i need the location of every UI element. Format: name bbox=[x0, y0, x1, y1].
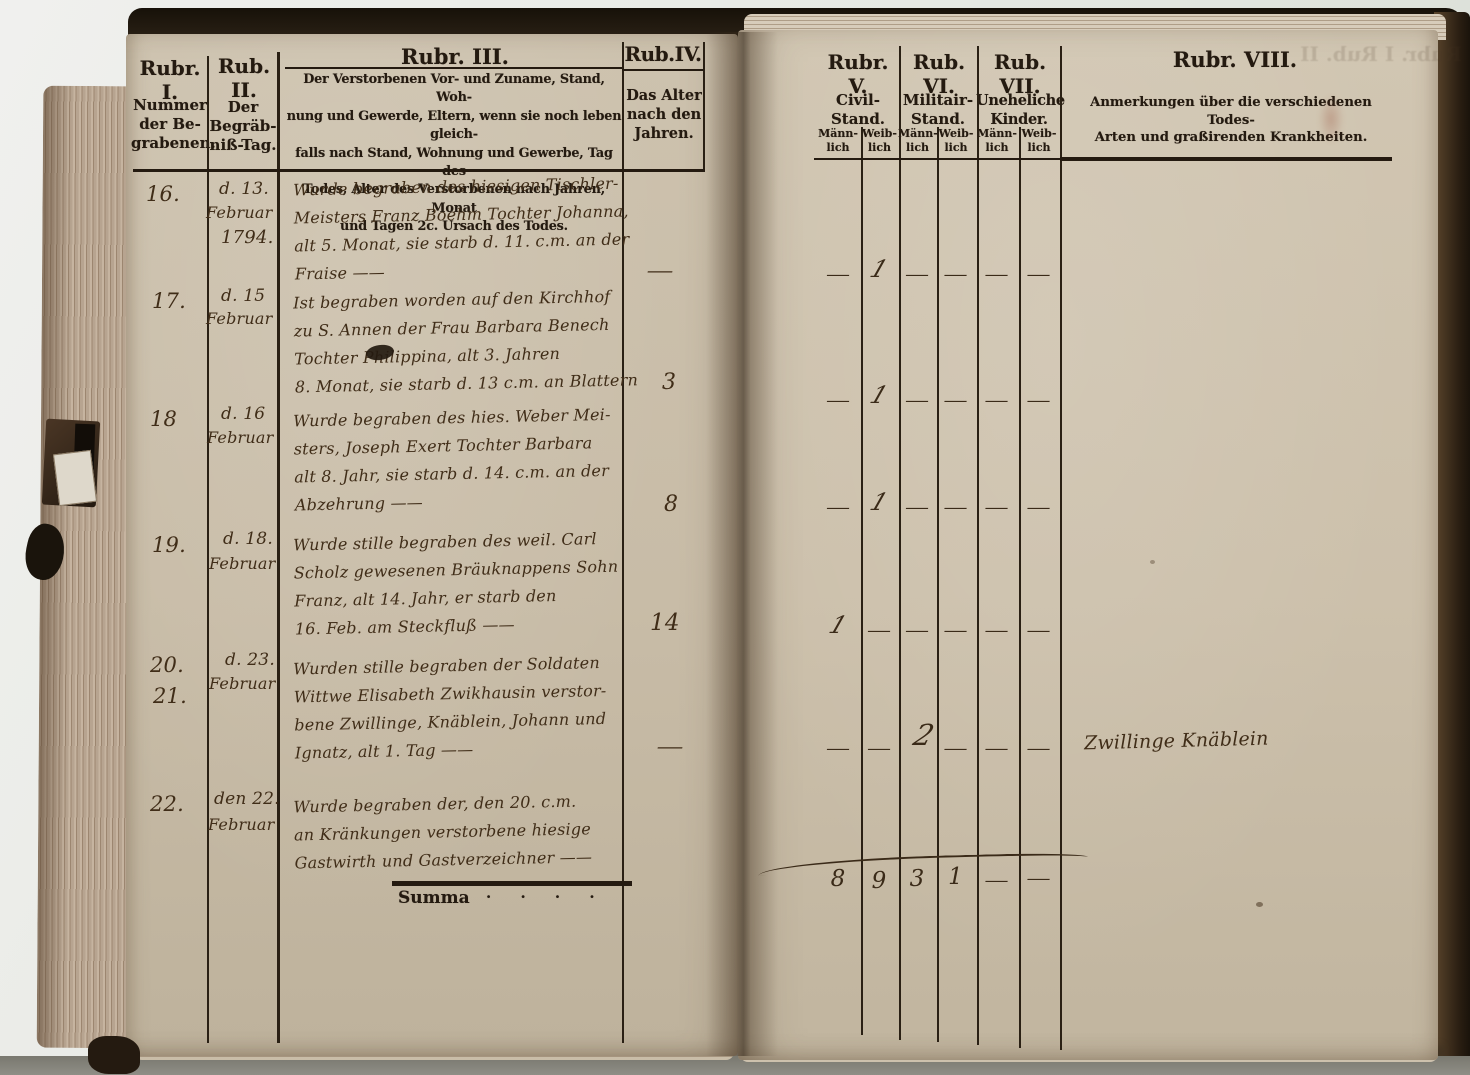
summa-cell: 8 bbox=[816, 864, 860, 894]
subcol-header-militair-m: Männ- lich bbox=[898, 127, 937, 155]
right-subheader-rule bbox=[814, 158, 1060, 160]
entry-text: Wurden stille begraben der Soldaten Witt… bbox=[293, 649, 629, 768]
summa-cell: 9 bbox=[860, 866, 898, 896]
entry-date-day: d. 18. bbox=[223, 529, 273, 549]
entry-date-day: d. 15 bbox=[221, 286, 265, 306]
subcol-header-civil-w: Weib- lich bbox=[860, 127, 899, 155]
subcol-line: Weib- bbox=[1018, 127, 1060, 141]
col-8-label-line: Anmerkungen über die verschiedenen Todes… bbox=[1066, 94, 1396, 129]
entry-date-month: Februar bbox=[209, 674, 275, 693]
summa-cell: 3 bbox=[898, 864, 936, 894]
subcol-line: lich bbox=[860, 141, 899, 155]
entry-text: Ist begraben worden auf den Kirchhof zu … bbox=[293, 283, 629, 402]
col-1-label-line: der Be- bbox=[131, 115, 209, 134]
col-8-label-line: Arten und graßirenden Krankheiten. bbox=[1066, 129, 1396, 147]
subcol-line: lich bbox=[1018, 141, 1060, 155]
col-4-label-line: nach den bbox=[623, 105, 705, 124]
col-1-label-line: grabenen. bbox=[131, 134, 209, 153]
rubric-8-thick-rule bbox=[1060, 157, 1392, 161]
entry-date-day: d. 16 bbox=[221, 404, 265, 424]
entry-number: 22. bbox=[150, 792, 184, 816]
subcol-header-civil-m: Männ- lich bbox=[816, 127, 860, 155]
entry-text: Wurde begraben der, den 20. c.m. an Krän… bbox=[293, 787, 629, 878]
subcol-line: Weib- bbox=[936, 127, 976, 141]
left-table-divider-2 bbox=[277, 52, 280, 1043]
col-3-description-line: nung und Gewerde, Eltern, wenn sie noch … bbox=[286, 108, 622, 145]
spine-bottom-blob bbox=[88, 1036, 140, 1074]
entry-date-month: Februar bbox=[206, 203, 272, 222]
entry-number: 19. bbox=[152, 533, 186, 557]
col-4-label: Das Alter nach den Jahren. bbox=[623, 86, 705, 143]
rubric-4-title-underline bbox=[622, 69, 704, 71]
tally-cell: — bbox=[1011, 493, 1066, 523]
red-smudge bbox=[1318, 94, 1344, 144]
entry-age-value: — bbox=[646, 258, 673, 282]
subcol-line: Männ- bbox=[816, 127, 860, 141]
right-table-divider-vii-viii bbox=[1060, 46, 1062, 1050]
subcol-header-unehelich-w: Weib- lich bbox=[1018, 127, 1060, 155]
entry-date-month: Februar bbox=[206, 309, 272, 328]
col-2-label: Der Begräb- niß-Tag. bbox=[209, 98, 277, 155]
entry-date-year: 1794. bbox=[221, 227, 274, 248]
entry-text: Wurde stille begraben des weil. Carl Sch… bbox=[293, 525, 629, 644]
tally-cell: — bbox=[1011, 616, 1066, 646]
subcol-header-unehelich-m: Männ- lich bbox=[975, 127, 1019, 155]
col-2-label-line: Begräb- bbox=[209, 117, 277, 136]
col-3-description-line: Der Verstorbenen Vor- und Zuname, Stand,… bbox=[286, 71, 622, 108]
subcol-line: lich bbox=[898, 141, 937, 155]
col-1-label-line: Nummer bbox=[131, 96, 209, 115]
paper-speck bbox=[1256, 902, 1263, 907]
col-5-label: Civil- Stand. bbox=[814, 91, 902, 129]
entry-number: 16. bbox=[146, 182, 180, 206]
left-table-divider-4 bbox=[703, 42, 705, 170]
entry-age-value: — bbox=[656, 734, 683, 758]
tally-cell: — bbox=[1011, 386, 1066, 416]
entry-number: 20. bbox=[150, 653, 184, 677]
col-7-label: Uneheliche Kinder. bbox=[976, 91, 1062, 129]
col-2-label-line: Der bbox=[209, 98, 277, 117]
right-page bbox=[738, 30, 1438, 1060]
col-8-label: Anmerkungen über die verschiedenen Todes… bbox=[1066, 94, 1396, 147]
rubric-2-title: Rub. II. bbox=[209, 54, 279, 102]
summa-cell: — bbox=[1011, 864, 1066, 894]
entry-date-month: Februar bbox=[208, 815, 274, 834]
entry-age-value: 3 bbox=[662, 370, 676, 395]
paper-speck bbox=[1150, 560, 1155, 564]
subcol-line: Weib- bbox=[860, 127, 899, 141]
rubric-4-title: Rub.IV. bbox=[623, 42, 703, 66]
subcol-line: Männ- bbox=[975, 127, 1019, 141]
rubric-3-title: Rubr. III. bbox=[288, 44, 622, 69]
summa-label: Summa bbox=[398, 888, 478, 908]
col-6-label: Militair- Stand. bbox=[898, 91, 978, 129]
entry-age-value: 8 bbox=[664, 492, 678, 517]
rubric-3-title-underline bbox=[285, 67, 622, 69]
subcol-header-militair-w: Weib- lich bbox=[936, 127, 976, 155]
subcol-line: lich bbox=[816, 141, 860, 155]
tally-cell: — bbox=[1011, 260, 1066, 290]
col-7-label-line: Uneheliche bbox=[976, 91, 1062, 110]
col-6-label-line: Militair- bbox=[898, 91, 978, 110]
entry-age-value: 14 bbox=[650, 610, 680, 636]
tally-cell: — bbox=[1011, 734, 1066, 764]
subcol-line: Männ- bbox=[898, 127, 937, 141]
entry-date-month: Februar bbox=[207, 428, 273, 447]
entry-text: Wurde begraben des hiesigen Tischler- Me… bbox=[293, 170, 629, 289]
col-5-label-line: Civil- bbox=[814, 91, 902, 110]
col-1-label: Nummer der Be- grabenen. bbox=[131, 96, 209, 153]
entry-date-day: den 22. bbox=[214, 789, 280, 809]
gutter-shadow bbox=[706, 32, 778, 1056]
entry-date-day: d. 23. bbox=[225, 650, 275, 670]
entry-date-month: Februar bbox=[209, 554, 275, 573]
entry-date-day: d. 13. bbox=[219, 179, 269, 199]
col-4-label-line: Jahren. bbox=[623, 124, 705, 143]
col-4-label-line: Das Alter bbox=[623, 86, 705, 105]
summa-ditto-marks: . . . . bbox=[486, 884, 636, 902]
entry-number: 21. bbox=[153, 684, 187, 708]
bleed-through-text: Rubr. I Rub. II bbox=[1252, 42, 1462, 66]
subcol-line: lich bbox=[975, 141, 1019, 155]
subcol-line: lich bbox=[936, 141, 976, 155]
church-burial-register-photo: Rubr. I. Rub. II. Rubr. III. Rub.IV. Num… bbox=[0, 0, 1470, 1075]
book-cover-right-edge bbox=[1434, 12, 1470, 1062]
entry-number: 18 bbox=[150, 407, 177, 431]
entry-text: Wurde begraben des hies. Weber Mei- ster… bbox=[293, 401, 629, 520]
bookmark-tab-paper bbox=[53, 450, 97, 506]
tally-cell: — bbox=[853, 734, 904, 764]
entry-number: 17. bbox=[152, 289, 186, 313]
col-2-label-line: niß-Tag. bbox=[209, 136, 277, 155]
